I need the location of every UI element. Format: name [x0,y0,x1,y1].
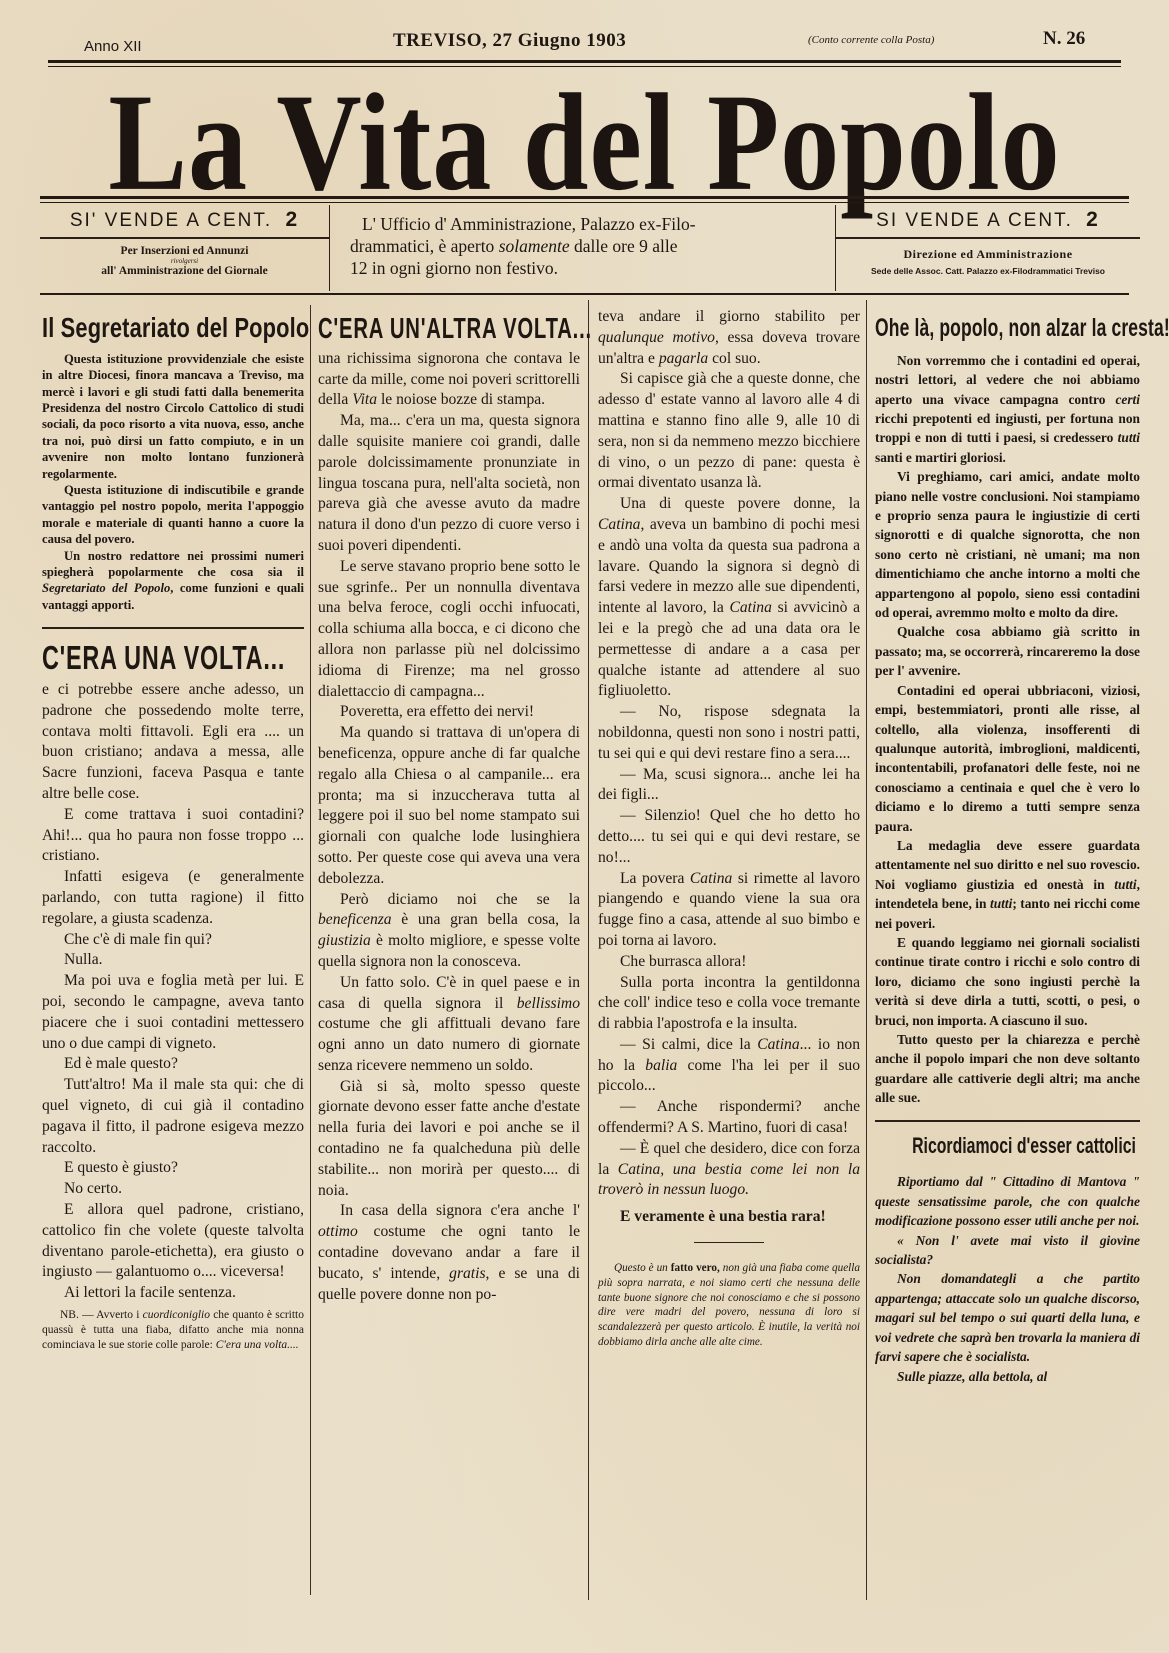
column-divider-3 [866,300,867,1600]
masthead-rule [48,60,1121,63]
band-rule [40,293,1129,295]
office-notice-line-3: 12 in ogni giorno non festivo. [350,257,821,279]
article-separator [875,1120,1140,1122]
direction-line-2: Sede delle Assoc. Catt. Palazzo ex-Filod… [836,266,1140,276]
column-divider-1 [310,305,311,1595]
newspaper-page: Anno XII TREVISO, 27 Giugno 1903 (Conto … [0,0,1169,1653]
article-ricordiamoci: Ricordiamoci d'esser cattolici Riportiam… [875,1136,1140,1386]
info-band: SI' VENDE A CENT. 2 Per Inserzioni ed An… [40,205,1140,291]
ads-line-1: Per Inserzioni ed Annunzi [40,245,329,257]
short-separator [694,1242,764,1243]
headline-cera-un-altra-volta: C'ERA UN'ALTRA VOLTA... [318,317,522,340]
masthead-topline: Anno XII TREVISO, 27 Giugno 1903 (Conto … [48,28,1121,54]
office-notice-line-2: drammatici, è aperto solamente dalle ore… [350,235,821,257]
headline-cera-una-volta: C'ERA UNA VOLTA... [42,648,246,671]
column-2: C'ERA UN'ALTRA VOLTA... una richissima s… [318,318,580,1305]
office-notice: L' Ufficio d' Amministrazione, Palazzo e… [330,205,835,291]
ads-line-2: rivolgersi [40,257,329,265]
article-cera-un-altra-volta: C'ERA UN'ALTRA VOLTA... una richissima s… [318,318,580,1305]
title-rule [40,196,1129,199]
article-cera-una-volta: C'ERA UNA VOLTA... e ci potrebbe essere … [42,649,304,1353]
article-punchline: E veramente è una bestia rara! [598,1207,860,1228]
price-box-left: SI' VENDE A CENT. 2 Per Inserzioni ed An… [40,205,330,291]
postal-account-note: (Conto corrente colla Posta) [808,34,934,46]
column-4: Ohe là, popolo, non alzar la cresta! Non… [875,318,1140,1386]
column-3: teva andare il giorno stabilito per qual… [598,307,860,1350]
nb-footnote: NB. — Avverto i cuordiconiglio che quant… [42,1308,304,1354]
headline-ohe-la-popolo: Ohe là, popolo, non alzar la cresta! [875,318,1061,339]
issue-number: N. 26 [1043,28,1085,50]
newspaper-title: La Vita del Popolo [0,72,1169,214]
headline-segretariato: Il Segretariato del Popolo [42,318,246,339]
article-segretariato: Il Segretariato del Popolo Questa istitu… [42,318,304,613]
price-box-right: SI VENDE A CENT. 2 Direzione ed Amminist… [835,205,1140,291]
editorial-note: Questo è un fatto vero, non già una fiab… [598,1261,860,1350]
price-value-left: 2 [285,208,299,231]
price-value-right: 2 [1086,208,1100,231]
price-label-left: SI' VENDE A CENT. 2 [40,205,329,239]
office-notice-line-1: L' Ufficio d' Amministrazione, Palazzo e… [350,213,821,235]
year-volume: Anno XII [84,38,142,55]
ads-line-3: all' Amministrazione del Giornale [40,265,329,277]
article-ohe-la-popolo: Ohe là, popolo, non alzar la cresta! Non… [875,318,1140,1108]
place-date: TREVISO, 27 Giugno 1903 [393,30,626,52]
price-label-right: SI VENDE A CENT. 2 [836,205,1140,239]
headline-ricordiamoci: Ricordiamoci d'esser cattolici [912,1136,1103,1157]
direction-line-1: Direzione ed Amministrazione [836,247,1140,262]
title-rule-thin [40,202,1129,203]
column-divider-2 [588,300,589,1600]
article-separator [42,627,304,629]
column-1: Il Segretariato del Popolo Questa istitu… [42,318,304,1354]
